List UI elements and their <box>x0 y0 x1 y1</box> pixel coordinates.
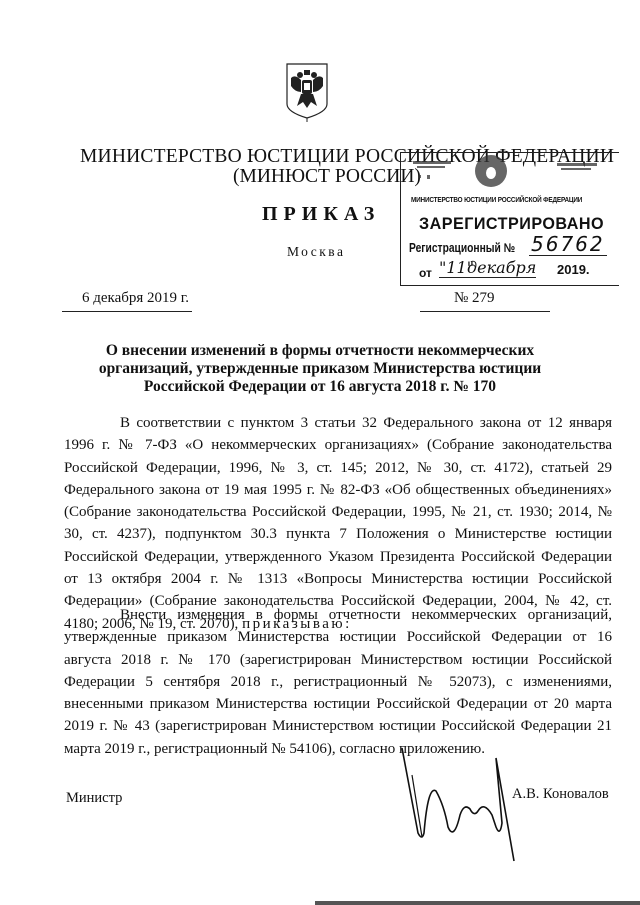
signer-position: Министр <box>66 790 122 807</box>
stamp-date-year: 2019. <box>557 262 590 277</box>
coat-of-arms-icon <box>283 62 331 122</box>
document-date: 6 декабря 2019 г. <box>82 290 189 307</box>
document-title: О внесении изменений в формы отчетности … <box>64 342 576 396</box>
document-type: ПРИКАЗ <box>262 203 380 226</box>
preamble-text: В соответствии с пунктом 3 статьи 32 Фед… <box>64 415 612 632</box>
handwritten-signature-icon <box>392 745 552 865</box>
scan-edge-divider <box>315 901 640 905</box>
number-underline <box>420 311 550 312</box>
stamp-number-label: Регистрационный № <box>409 241 515 255</box>
ministry-short-name: (МИНЮСТ РОССИИ) <box>233 166 421 188</box>
date-underline <box>62 311 192 312</box>
city: Москва <box>287 244 346 260</box>
paragraph-preamble: В соответствии с пунктом 3 статьи 32 Фед… <box>64 412 612 635</box>
stamp-emblem-icon <box>401 153 619 193</box>
stamp-organization: МИНИСТЕРСТВО ЮСТИЦИИ РОССИЙСКОЙ ФЕДЕРАЦИ… <box>411 195 582 204</box>
stamp-date-prefix: от <box>419 266 432 280</box>
stamp-status: ЗАРЕГИСТРИРОВАНО <box>419 214 604 234</box>
registration-stamp: МИНИСТЕРСТВО ЮСТИЦИИ РОССИЙСКОЙ ФЕДЕРАЦИ… <box>400 152 619 286</box>
stamp-number-value: 56762 <box>529 233 607 256</box>
stamp-date-month: декабря <box>467 259 536 278</box>
signer-name: А.В. Коновалов <box>512 786 609 803</box>
document-number: № 279 <box>454 290 495 307</box>
paragraph-order: Внести изменения в формы отчетности неко… <box>64 604 612 760</box>
